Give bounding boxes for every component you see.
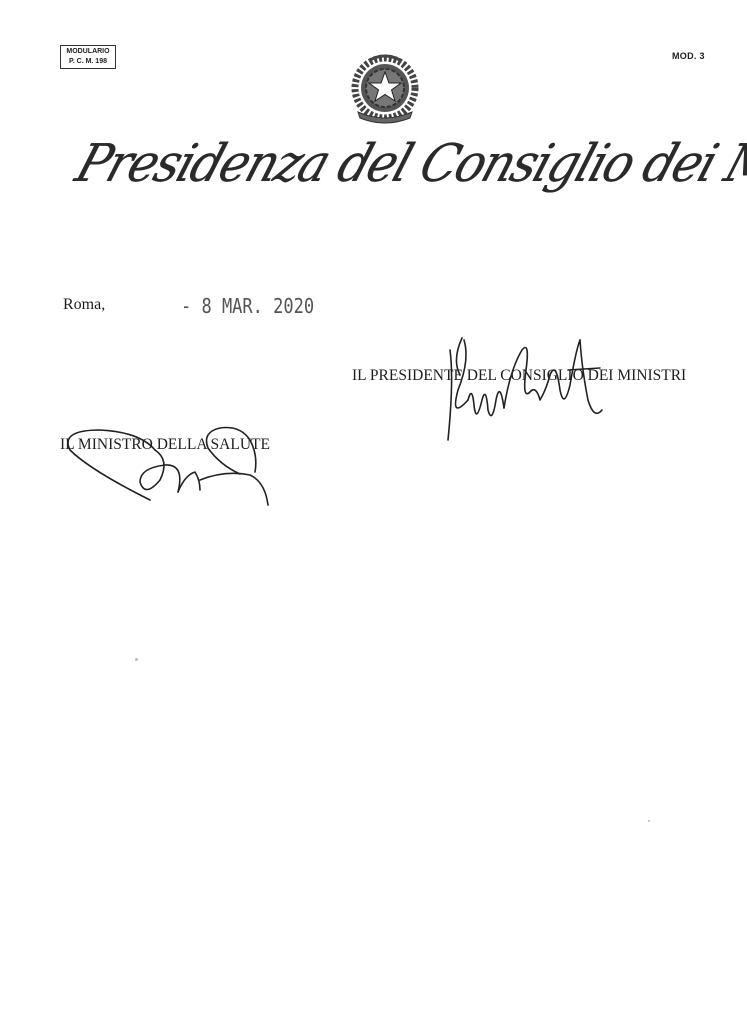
italian-republic-emblem-icon bbox=[350, 50, 420, 126]
minister-title: IL MINISTRO DELLA SALUTE bbox=[60, 436, 270, 454]
scan-speck bbox=[135, 658, 138, 661]
place-and-date: Roma, - 8 MAR. 2020 bbox=[63, 296, 105, 314]
minister-signature-icon bbox=[60, 420, 280, 520]
president-signature-icon bbox=[430, 330, 630, 460]
form-code-box: MODULARIO P. C. M. 198 bbox=[60, 45, 116, 69]
president-title: IL PRESIDENTE DEL CONSIGLIO DEI MINISTRI bbox=[352, 367, 686, 385]
form-number: MOD. 3 bbox=[672, 51, 705, 61]
date-stamp: - 8 MAR. 2020 bbox=[181, 294, 314, 318]
place-label: Roma, bbox=[63, 296, 105, 314]
letterhead-title: Presidenza del Consiglio dei Ministri bbox=[80, 132, 700, 232]
letterhead-text: Presidenza del Consiglio dei Ministri bbox=[69, 134, 747, 194]
form-code-line1: MODULARIO bbox=[61, 47, 115, 57]
scan-speck bbox=[648, 820, 650, 822]
form-code-line2: P. C. M. 198 bbox=[61, 57, 115, 67]
